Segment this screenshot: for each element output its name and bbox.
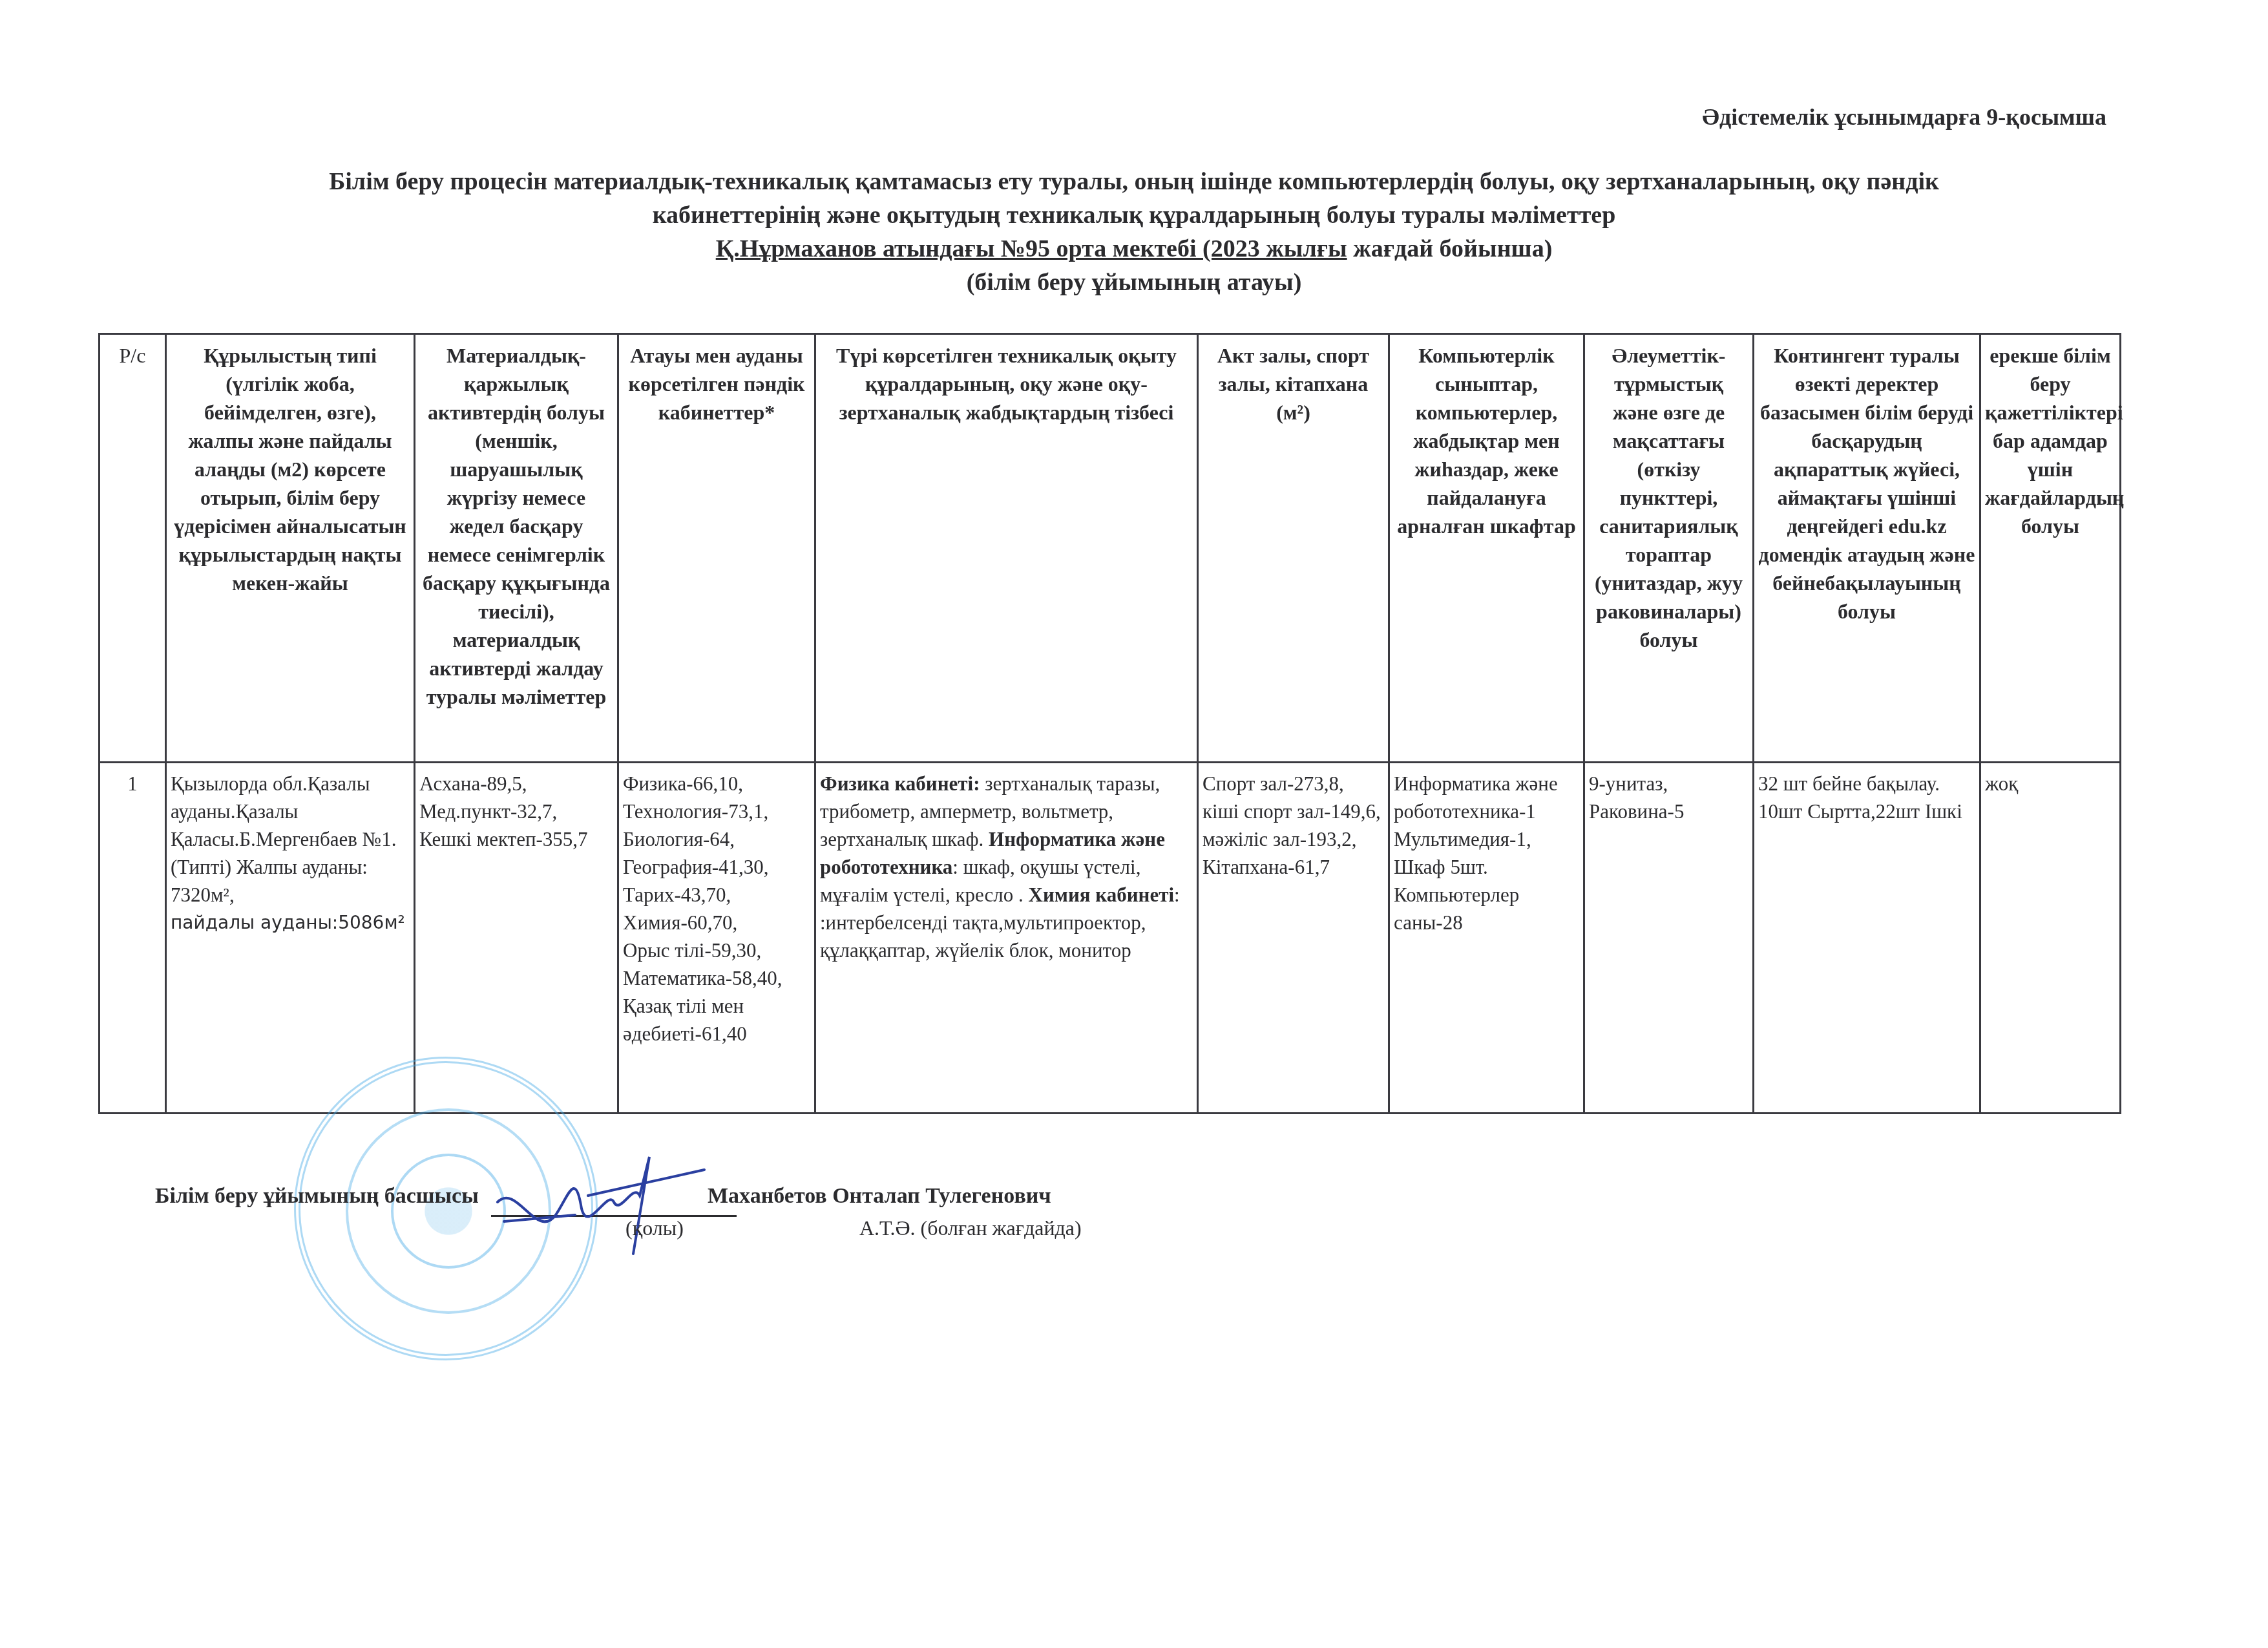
school-name: Қ.Нұрмаханов атындағы №95 орта мектебі (… [716,235,1347,262]
header-sanitary: Әлеуметтік-тұрмыстық және өзге де мақсат… [1584,334,1754,763]
cell-computers: Информатика және робототехника-1 Мультим… [1389,763,1584,1114]
header-video: Контингент туралы өзекті деректер базасы… [1754,334,1980,763]
title-line-2: кабинеттерінің және оқытудың техникалық … [0,198,2268,232]
head-name: Маханбетов Онталап Тулегенович [708,1184,1051,1209]
cell-halls: Спорт зал-273,8, кіші спорт зал-149,6, м… [1198,763,1389,1114]
signature-caption: (қолы) [625,1216,684,1240]
header-building: Құрылыстың типі (үлгілік жоба, бейімделг… [166,334,415,763]
document-title: Білім беру процесін материалдық-техникал… [0,165,2268,299]
head-label: Білім беру ұйымының басшысы [155,1184,479,1209]
cell-special-needs: жоқ [1980,763,2121,1114]
cell-video: 32 шт бейне бақылау. 10шт Сыртта,22шт Іш… [1754,763,1980,1114]
header-special-needs: ерекше білім беру қажеттіліктері бар ада… [1980,334,2121,763]
cell-equipment: Физика кабинеті: зертханалық таразы, три… [815,763,1198,1114]
name-caption: А.Т.Ә. (болған жағдайда) [859,1216,1082,1240]
table-header-row: Р/с Құрылыстың типі (үлгілік жоба, бейім… [100,334,2121,763]
header-computers: Компьютерлік сыныптар, компьютерлер, жаб… [1389,334,1584,763]
facilities-table: Р/с Құрылыстың типі (үлгілік жоба, бейім… [98,333,2121,1114]
header-equipment: Түрі көрсетілген техникалық оқыту құралд… [815,334,1198,763]
header-num: Р/с [100,334,166,763]
header-assets: Материалдық-қаржылық активтердің болуы (… [415,334,618,763]
title-line-1: Білім беру процесін материалдық-техникал… [0,165,2268,198]
title-line-4: (білім беру ұйымының атауы) [0,266,2268,299]
annex-label: Әдістемелік ұсынымдарға 9-қосымша [1702,103,2106,131]
table-row: 1 Қызылорда обл.Қазалы ауданы.Қазалы Қал… [100,763,2121,1114]
signature-icon [478,1144,711,1260]
header-cabinets: Атауы мен ауданы көрсетілген пәндік каби… [618,334,815,763]
title-line-3: Қ.Нұрмаханов атындағы №95 орта мектебі (… [0,232,2268,266]
cell-sanitary: 9-унитаз, Раковина-5 [1584,763,1754,1114]
cell-address: Қызылорда обл.Қазалы ауданы.Қазалы Қалас… [166,763,415,1114]
header-halls: Акт залы, спорт залы, кітапхана (м²) [1198,334,1389,763]
cell-cabinets: Физика-66,10, Технология-73,1, Биология-… [618,763,815,1114]
cell-num: 1 [100,763,166,1114]
